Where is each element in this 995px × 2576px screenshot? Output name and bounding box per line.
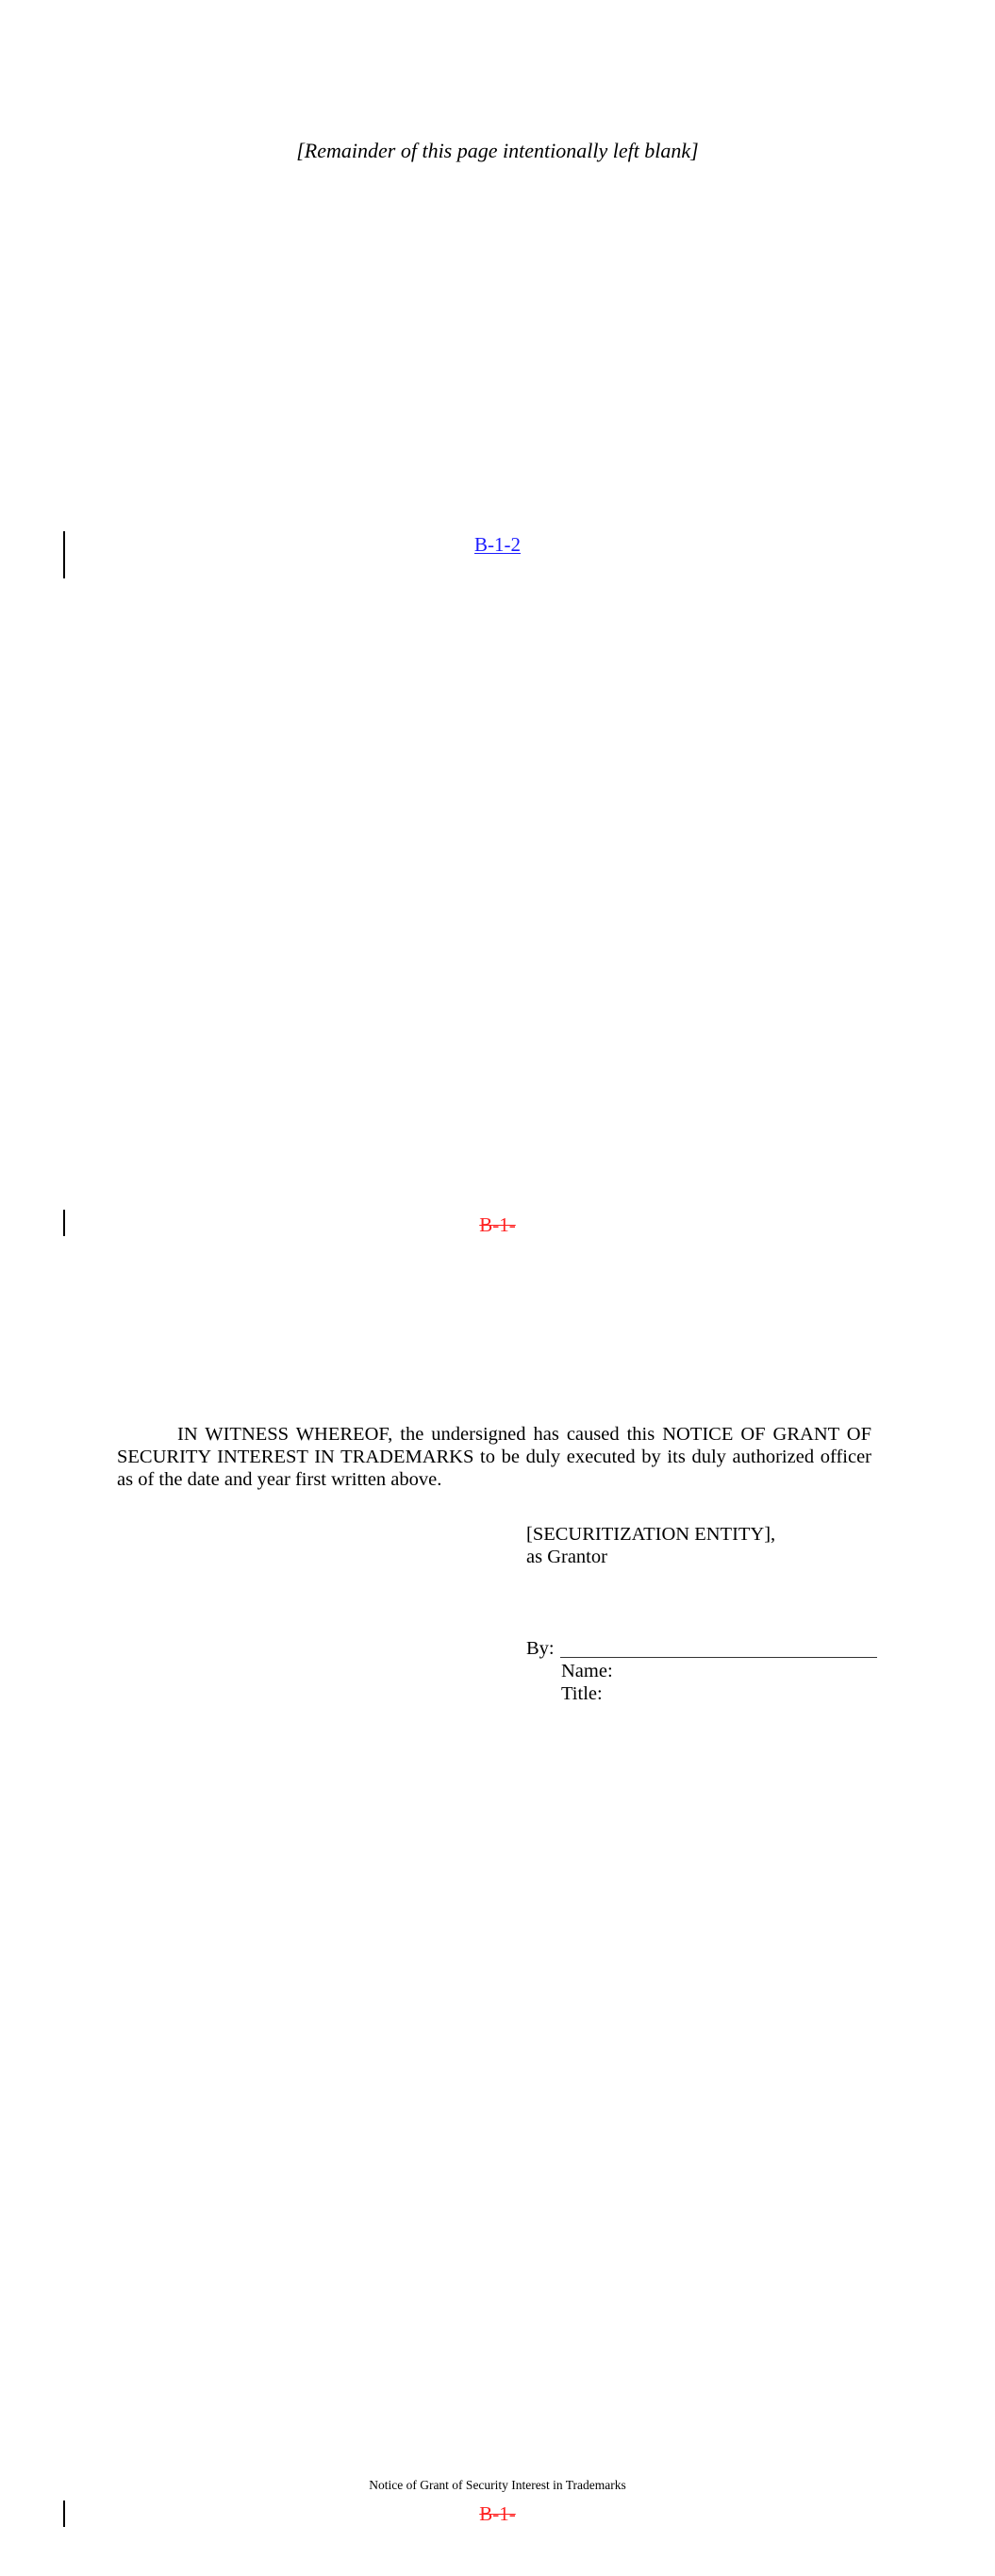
signature-by-line: By: — [526, 1637, 877, 1660]
footer-page-number-deleted: B-1- — [0, 2501, 995, 2526]
signature-entity-name: [SECURITIZATION ENTITY], — [526, 1523, 775, 1546]
page-number-deleted: B-1- — [0, 1213, 995, 1237]
signature-by-label: By: — [526, 1637, 555, 1660]
signature-name-label: Name: — [561, 1660, 613, 1682]
blank-page-note: [Remainder of this page intentionally le… — [0, 138, 995, 164]
witness-paragraph: IN WITNESS WHEREOF, the undersigned has … — [117, 1423, 871, 1491]
footer-document-title: Notice of Grant of Security Interest in … — [0, 2478, 995, 2493]
signature-fields: Name: Title: — [561, 1660, 613, 1705]
signature-line — [560, 1657, 877, 1658]
page-number-inserted: B-1-2 — [0, 532, 995, 557]
signature-title-label: Title: — [561, 1682, 613, 1705]
signature-entity-block: [SECURITIZATION ENTITY], as Grantor — [526, 1523, 775, 1568]
signature-entity-role: as Grantor — [526, 1546, 775, 1568]
